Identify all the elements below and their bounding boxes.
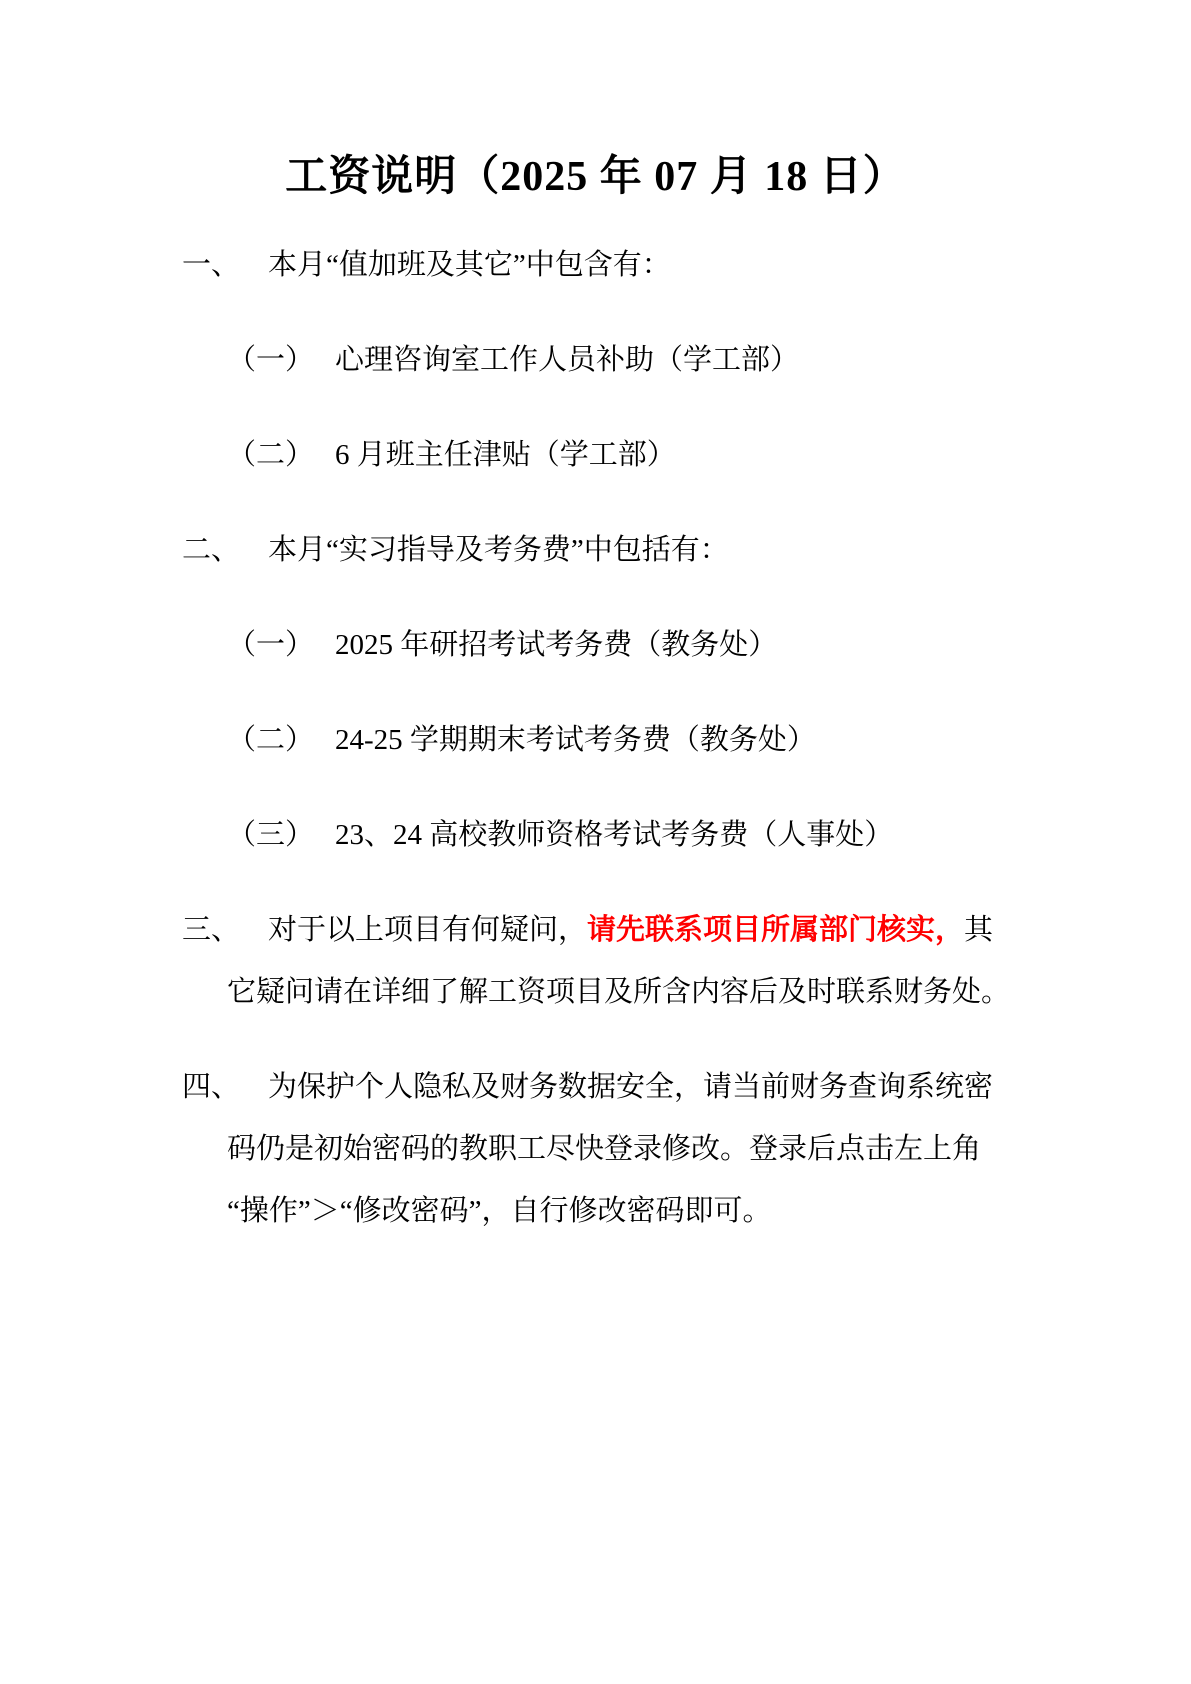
section-2-item-1-text: 2025 年研招考试考务费（教务处） [335, 629, 777, 661]
section-3-marker: 三、 [182, 911, 268, 949]
section-4-line-3: “操作”＞“修改密码”，自行修改密码即可。 [227, 1192, 772, 1230]
section-2-heading: 二、本月“实习指导及考务费”中包括有： [182, 531, 729, 569]
section-4-marker: 四、 [182, 1068, 268, 1106]
document-page: 工资说明（2025 年 07 月 18 日） 一、本月“值加班及其它”中包含有：… [0, 0, 1191, 1684]
page-title: 工资说明（2025 年 07 月 18 日） [0, 143, 1191, 203]
section-2-marker: 二、 [182, 531, 268, 569]
section-1-item-1-text: 心理咨询室工作人员补助（学工部） [335, 344, 799, 376]
section-1-item-2: （二）6 月班主任津贴（学工部） [227, 436, 676, 474]
section-4-line-1-text: 为保护个人隐私及财务数据安全，请当前财务查询系统密 [268, 1071, 993, 1103]
section-2-item-3: （三）23、24 高校教师资格考试考务费（人事处） [227, 816, 893, 854]
section-3-line-2: 它疑问请在详细了解工资项目及所含内容后及时联系财务处。 [227, 973, 1010, 1011]
section-1-item-1: （一）心理咨询室工作人员补助（学工部） [227, 341, 799, 379]
section-2-item-2-text: 24-25 学期期末考试考务费（教务处） [335, 724, 816, 756]
section-2-item-1: （一）2025 年研招考试考务费（教务处） [227, 626, 777, 664]
section-3-red-emphasis: 请先联系项目所属部门核实， [587, 914, 964, 946]
section-2-item-2-marker: （二） [227, 721, 335, 759]
section-1-item-2-marker: （二） [227, 436, 335, 474]
section-2-item-2: （二）24-25 学期期末考试考务费（教务处） [227, 721, 816, 759]
section-2-item-3-text: 23、24 高校教师资格考试考务费（人事处） [335, 819, 893, 851]
section-1-marker: 一、 [182, 246, 268, 284]
section-3-line-1-post: 其 [964, 914, 993, 946]
section-4-line-1: 四、为保护个人隐私及财务数据安全，请当前财务查询系统密 [182, 1068, 993, 1106]
section-4-line-2: 码仍是初始密码的教职工尽快登录修改。登录后点击左上角 [227, 1130, 981, 1168]
section-2-item-1-marker: （一） [227, 626, 335, 664]
section-2-item-3-marker: （三） [227, 816, 335, 854]
section-1-text: 本月“值加班及其它”中包含有： [268, 249, 671, 281]
section-1-item-1-marker: （一） [227, 341, 335, 379]
section-1-heading: 一、本月“值加班及其它”中包含有： [182, 246, 671, 284]
section-3-line-1: 三、对于以上项目有何疑问，请先联系项目所属部门核实，其 [182, 911, 993, 949]
section-3-line-1-pre: 对于以上项目有何疑问， [268, 914, 587, 946]
section-2-text: 本月“实习指导及考务费”中包括有： [268, 534, 729, 566]
section-1-item-2-text: 6 月班主任津贴（学工部） [335, 439, 676, 471]
